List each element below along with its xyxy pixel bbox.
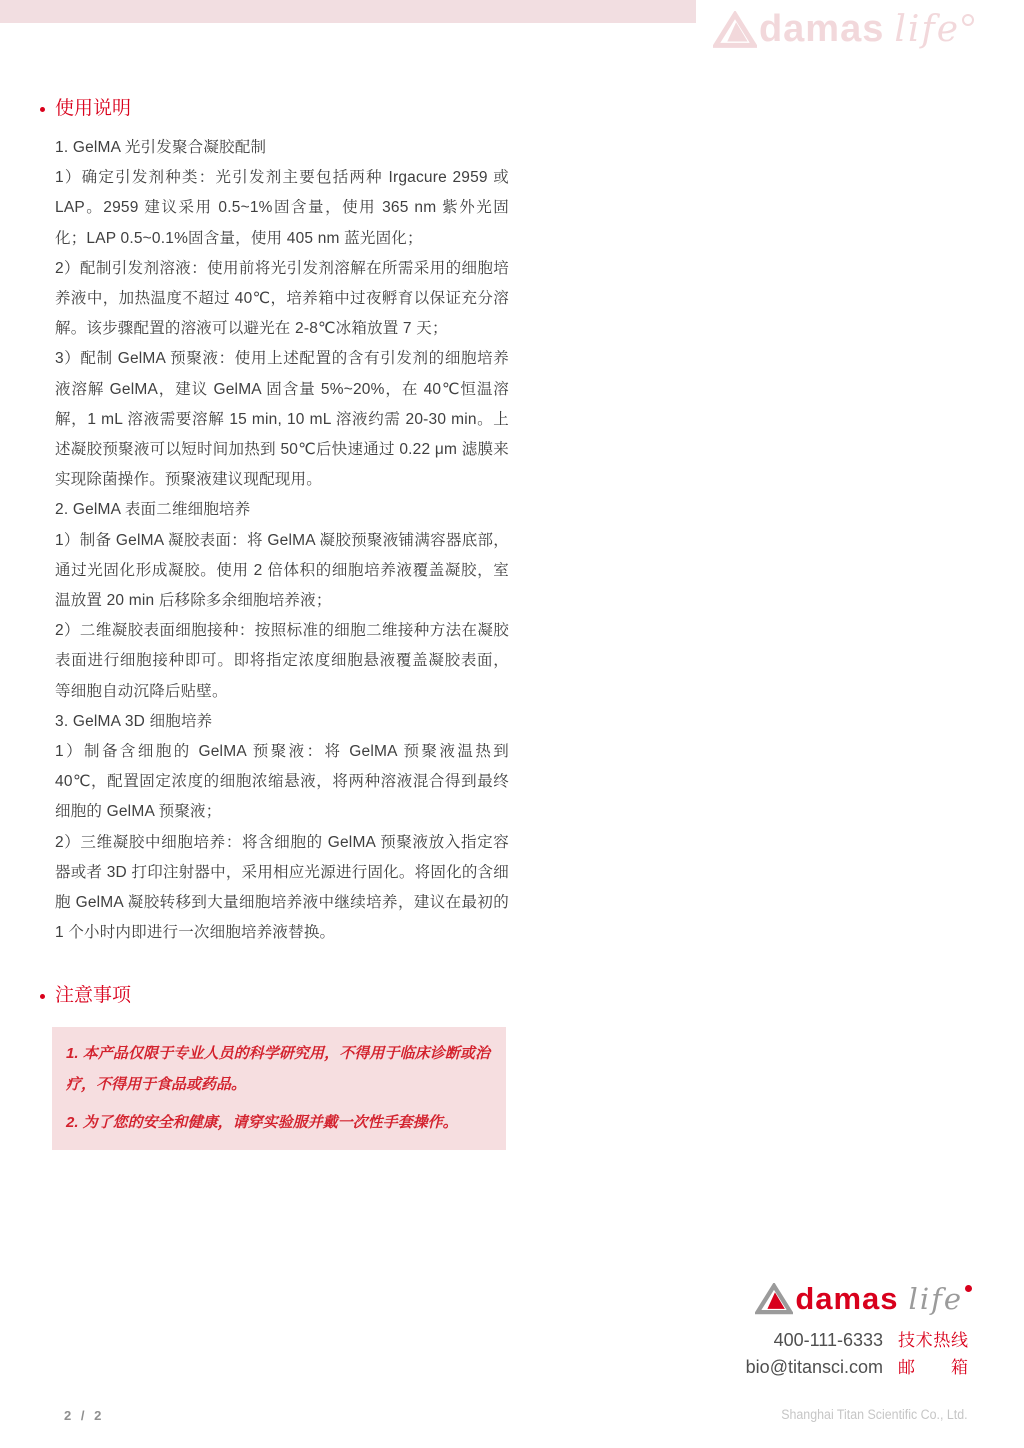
email-address: bio@titansci.com: [746, 1354, 883, 1380]
email-label: 邮 箱: [898, 1355, 968, 1381]
usage-paragraph: 3. GelMA 3D 细胞培养: [55, 707, 509, 737]
usage-section-title: 使用说明: [55, 96, 509, 122]
usage-paragraph: 2. GelMA 表面二维细胞培养: [55, 495, 509, 525]
usage-paragraph: 2）配制引发剂溶液：使用前将光引发剂溶解在所需采用的细胞培养液中，加热温度不超过…: [55, 254, 509, 345]
usage-paragraph: 1）确定引发剂种类：光引发剂主要包括两种 Irgacure 2959 或 LAP…: [55, 163, 509, 254]
brand-wordmark: damas: [795, 1281, 898, 1317]
header-accent-bar: [0, 0, 696, 23]
usage-paragraph: 1）制备含细胞的 GelMA 预聚液：将 GelMA 预聚液温热到 40℃，配置…: [55, 737, 509, 828]
hotline-row: 400-111-6333 技术热线: [746, 1327, 968, 1354]
brand-triangle-icon: [713, 11, 757, 49]
notes-title-text: 注意事项: [55, 985, 131, 1006]
brand-triangle-icon: [755, 1283, 793, 1315]
main-content: 使用说明 1. GelMA 光引发聚合凝胶配制 1）确定引发剂种类：光引发剂主要…: [55, 96, 509, 1150]
hotline-number: 400-111-6333: [774, 1327, 883, 1353]
email-row: bio@titansci.com 邮 箱: [746, 1354, 968, 1381]
usage-paragraph: 1. GelMA 光引发聚合凝胶配制: [55, 133, 509, 163]
usage-paragraph: 2）二维凝胶表面细胞接种：按照标准的细胞二维接种方法在凝胶表面进行细胞接种即可。…: [55, 616, 509, 707]
bullet-dot-icon: [40, 107, 45, 112]
brand-logo-footer: damas life: [755, 1281, 972, 1317]
contact-block: 400-111-6333 技术热线 bio@titansci.com 邮 箱: [746, 1327, 968, 1381]
brand-wordmark: damas: [759, 8, 884, 51]
usage-paragraphs: 1. GelMA 光引发聚合凝胶配制 1）确定引发剂种类：光引发剂主要包括两种 …: [55, 133, 509, 948]
registered-dot-icon: [965, 1285, 972, 1292]
brand-script-word: life: [909, 1282, 963, 1316]
usage-paragraph: 3）配制 GelMA 预聚液：使用上述配置的含有引发剂的细胞培养液溶解 GelM…: [55, 344, 509, 495]
brand-logo-watermark: damas life: [713, 8, 974, 51]
warning-note-item: 2. 为了您的安全和健康，请穿实验服并戴一次性手套操作。: [66, 1107, 490, 1138]
document-page: damas life 使用说明 1. GelMA 光引发聚合凝胶配制 1）确定引…: [0, 0, 1024, 1448]
hotline-label: 技术热线: [898, 1328, 968, 1354]
brand-script-word: life: [894, 9, 960, 50]
registered-mark-icon: [962, 14, 974, 26]
page-number: 2 / 2: [64, 1408, 104, 1423]
usage-paragraph: 1）制备 GelMA 凝胶表面：将 GelMA 凝胶预聚液铺满容器底部，通过光固…: [55, 526, 509, 617]
company-name: Shanghai Titan Scientific Co., Ltd.: [782, 1407, 968, 1422]
warning-note-item: 1. 本产品仅限于专业人员的科学研究用，不得用于临床诊断或治疗，不得用于食品或药…: [66, 1038, 490, 1100]
usage-title-text: 使用说明: [55, 98, 131, 119]
usage-paragraph: 2）三维凝胶中细胞培养：将含细胞的 GelMA 预聚液放入指定容器或者 3D 打…: [55, 828, 509, 949]
warning-note-box: 1. 本产品仅限于专业人员的科学研究用，不得用于临床诊断或治疗，不得用于食品或药…: [52, 1027, 506, 1150]
notes-section-title: 注意事项: [55, 983, 509, 1009]
bullet-dot-icon: [40, 994, 45, 999]
